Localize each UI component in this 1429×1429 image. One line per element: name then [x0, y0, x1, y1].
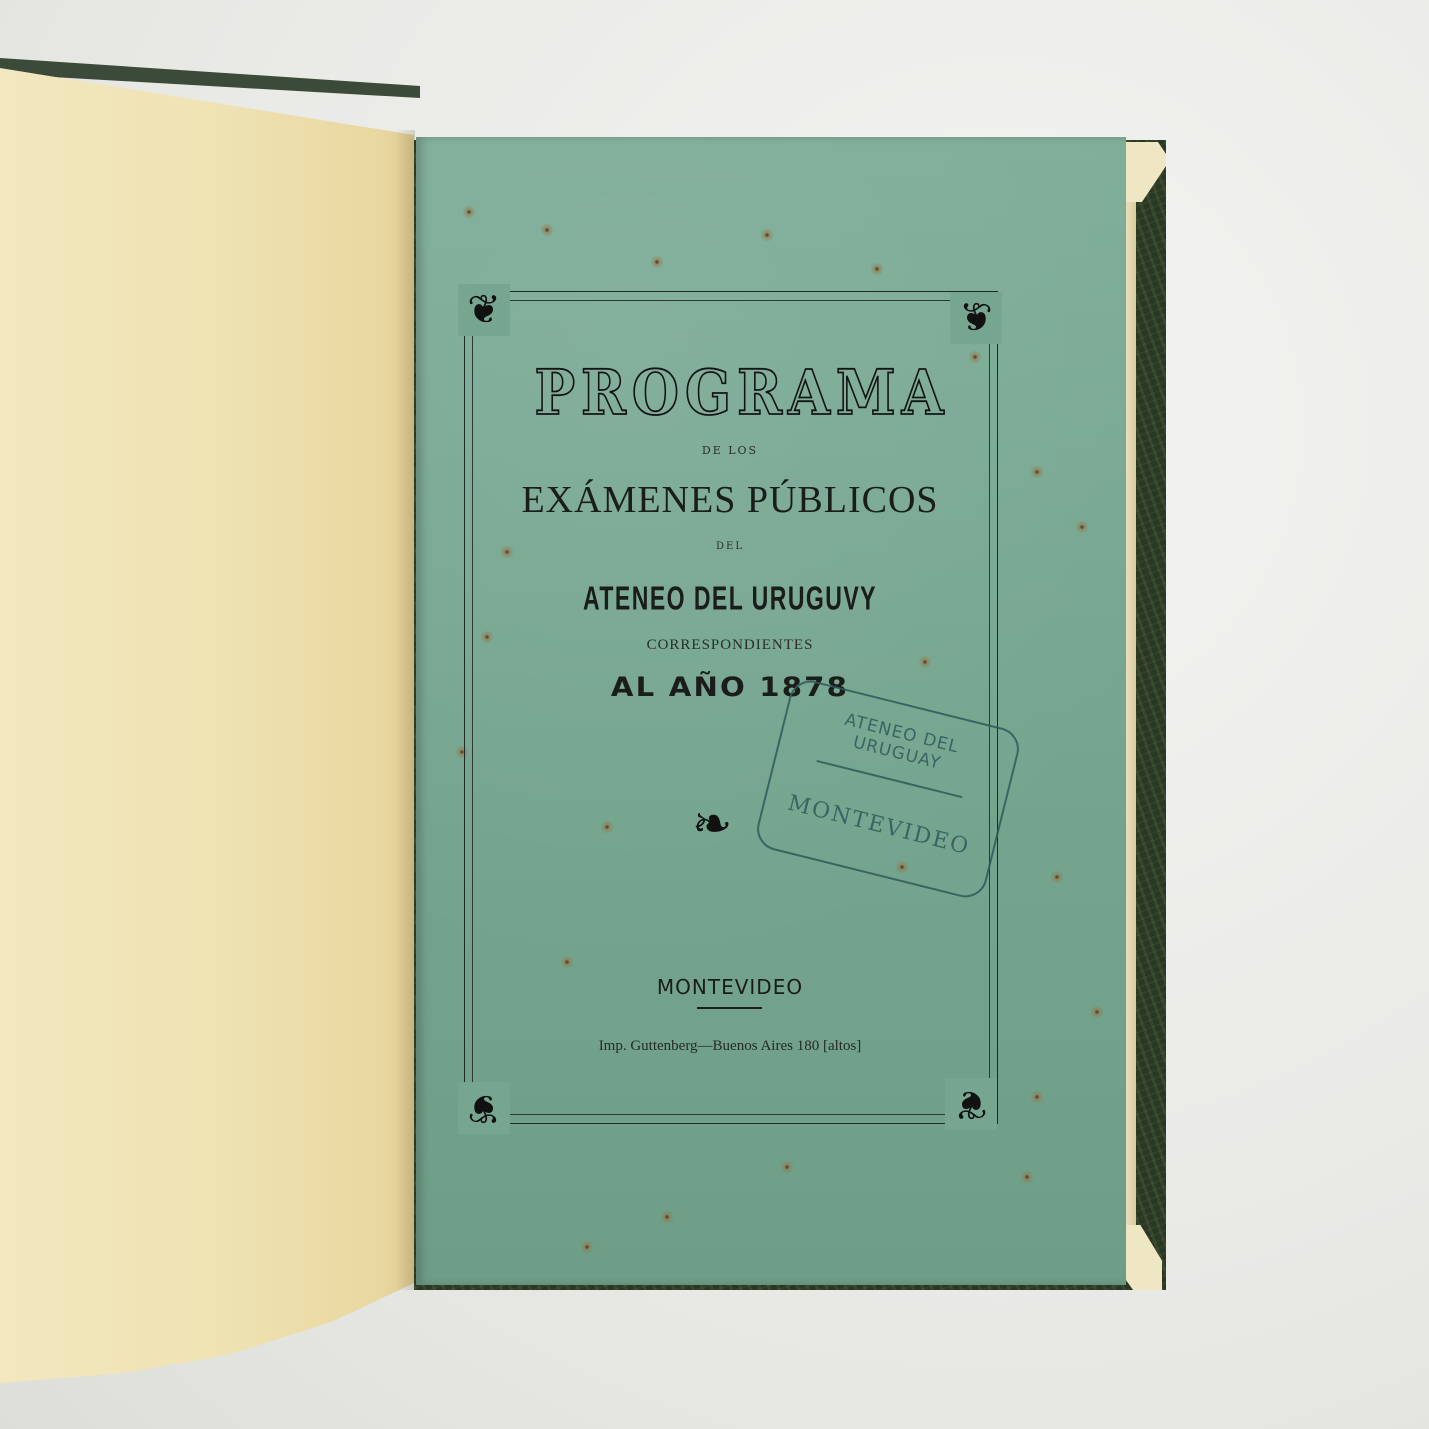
stamp-bottom-text: MONTEVIDEO — [773, 788, 985, 864]
flourish-ornament-icon: ❧ — [692, 800, 732, 848]
place-of-publication: MONTEVIDEO — [464, 975, 996, 999]
short-rule — [697, 1007, 762, 1009]
title-line-ateneo: ATENEO DEL URUGUVY — [538, 579, 921, 618]
gutter-shadow — [395, 130, 415, 1290]
title-line-del: DEL — [464, 541, 996, 552]
title-line-examenes: EXÁMENES PÚBLICOS — [464, 478, 996, 522]
corner-ornament-icon: ❦ — [945, 1078, 997, 1130]
title-heading: PROGRAMA — [476, 355, 1008, 429]
title-line-correspondientes: CORRESPONDIENTES — [464, 637, 996, 654]
corner-ornament-icon: ❦ — [458, 284, 510, 336]
corner-ornament-icon: ❦ — [950, 292, 1002, 344]
title-line-year: AL AÑO 1878 — [443, 672, 1018, 703]
imprint-line: Imp. Guttenberg—Buenos Aires 180 [altos] — [464, 1038, 996, 1055]
left-endpaper — [0, 0, 414, 1429]
corner-ornament-icon: ❦ — [458, 1082, 510, 1134]
fore-edge-strip — [1126, 190, 1136, 1230]
title-line-de-los: DE LOS — [464, 444, 996, 457]
